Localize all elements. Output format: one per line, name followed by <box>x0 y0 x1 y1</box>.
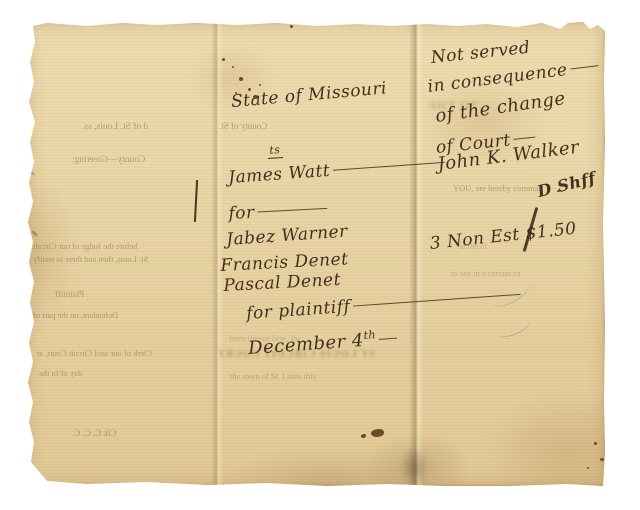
fold-crease-right <box>409 22 423 486</box>
struck-fee-amount: $1.50 <box>525 219 578 244</box>
handwritten-witness-name: Jabez Warner <box>226 222 349 250</box>
stain-dot <box>232 66 234 68</box>
ghost-print-line: County of St. <box>219 121 267 131</box>
ghost-print-line: before the Judge of our Circuit <box>33 241 138 251</box>
ghost-print-line: Clerk of our said Circuit Court, at <box>37 348 152 358</box>
fold-bottom-smudge <box>401 445 427 490</box>
handwritten-versus-mark: ts <box>267 143 283 159</box>
ghost-handwriting-streak <box>494 314 533 341</box>
stain-dot <box>594 442 597 445</box>
stain-dot <box>222 58 225 61</box>
handwritten-return-line: Not served <box>430 38 531 68</box>
ghost-print-line: day of In the <box>39 368 82 378</box>
ghost-print-line: the town of St. Louis this <box>230 371 316 381</box>
ghost-print-line: YOU, are hereby comman <box>453 183 543 193</box>
ghost-print-line: d of St. Louis, ss. <box>82 122 148 132</box>
ghost-print-line: Defendant, on the part of <box>33 310 118 320</box>
handwritten-fee-note: 3 Non Est$1.50 <box>429 219 578 254</box>
ghost-print-line: St. Louis, then and there to testify <box>33 254 148 264</box>
handwritten-signer-title: D Shff <box>535 168 597 201</box>
edge-mark <box>31 230 38 237</box>
stain-dot <box>239 77 243 81</box>
scanned-document-page: d of St. Louis, ss. County—Greeting: bef… <box>0 0 640 510</box>
stain-dot <box>235 92 237 94</box>
ghost-print-line: Plaintiff <box>55 289 84 299</box>
date-ordinal-suffix: th <box>363 328 376 342</box>
ghost-print-line: Clk C. C. C. <box>72 428 117 438</box>
stain-dot <box>557 190 560 192</box>
stain-dot <box>600 458 604 461</box>
stain-dot <box>253 95 258 99</box>
ghost-print-line: to say in a certain ca <box>451 268 521 278</box>
ink-blot <box>371 429 384 437</box>
stain-dot <box>587 467 589 469</box>
ghost-print-line: County—Greeting: <box>72 155 145 165</box>
ink-blot <box>361 434 366 438</box>
edge-mark <box>29 170 35 175</box>
fold-crease-left <box>211 22 223 486</box>
paper-sheet: d of St. Louis, ss. County—Greeting: bef… <box>27 22 605 486</box>
stain-dot <box>259 84 261 86</box>
stain-dot <box>290 25 293 28</box>
plaintiff-bracket-mark <box>194 180 198 222</box>
stain-dot <box>248 88 251 91</box>
handwritten-word-for: for <box>228 199 328 224</box>
